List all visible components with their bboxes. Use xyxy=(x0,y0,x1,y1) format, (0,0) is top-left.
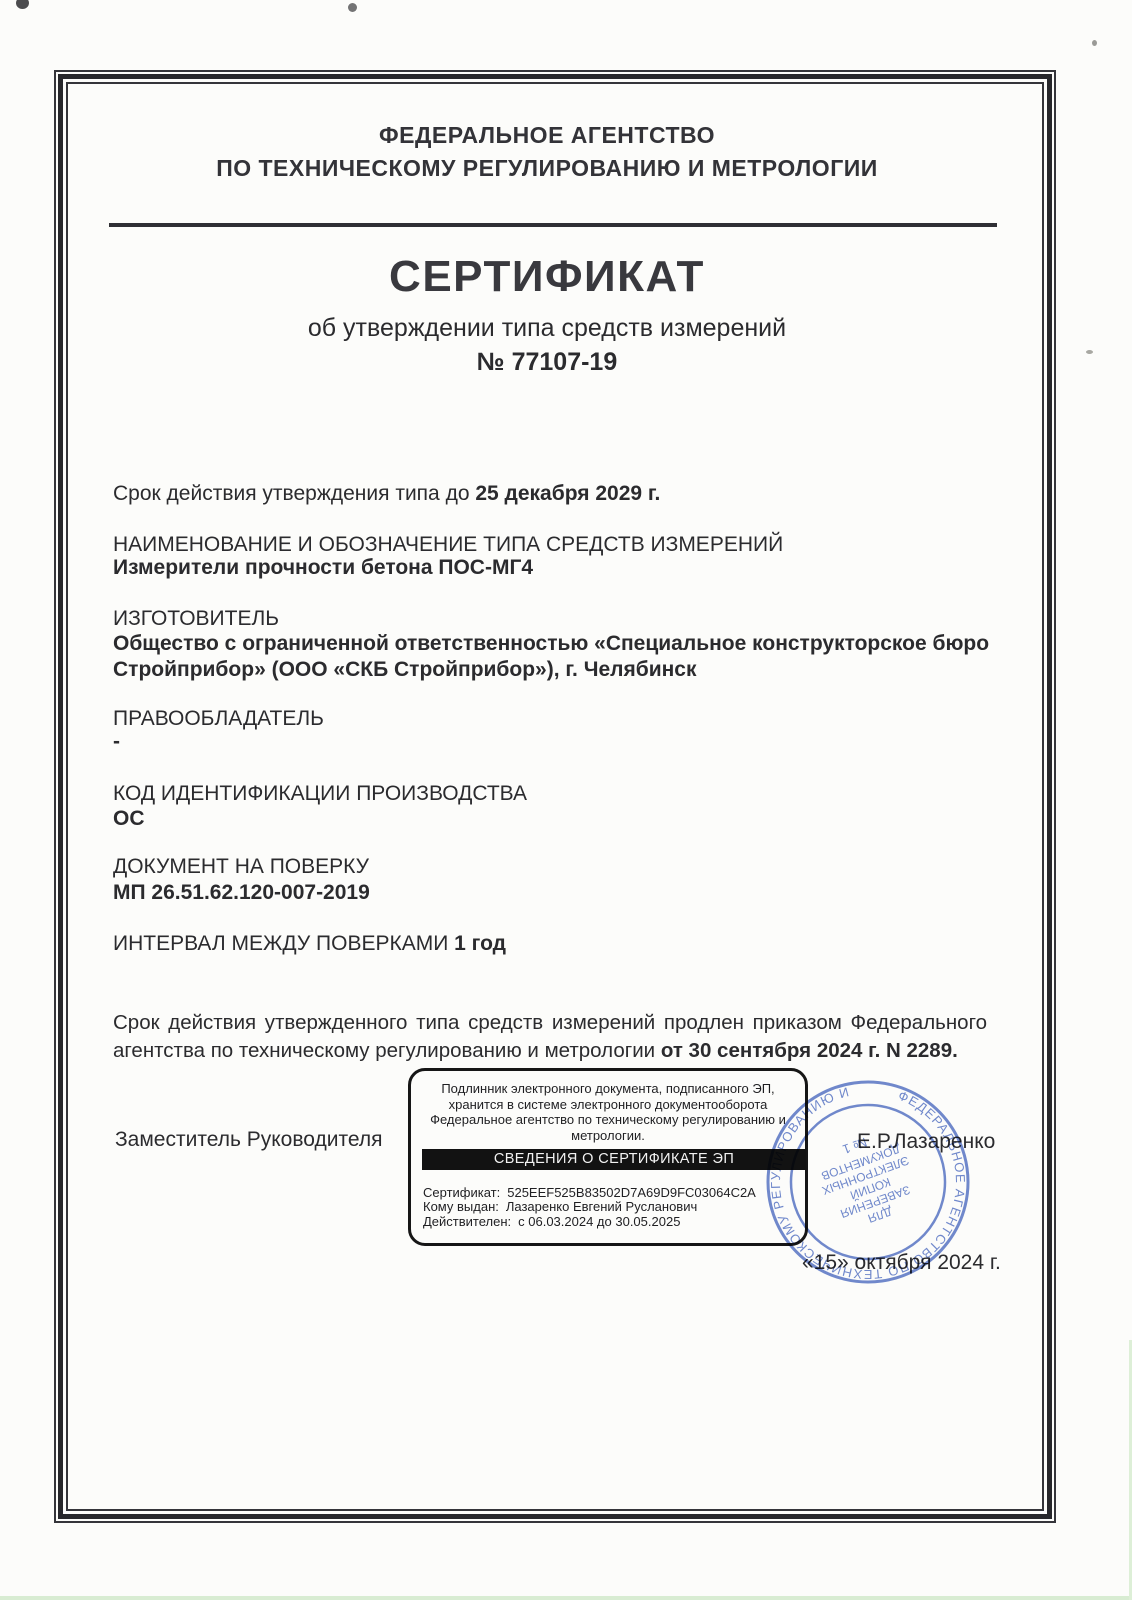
esign-desc-line1: Подлинник электронного документа, подпис… xyxy=(420,1081,796,1097)
scan-speck xyxy=(348,3,357,12)
scan-speck xyxy=(1092,40,1097,46)
validity-line: Срок действия утверждения типа до 25 дек… xyxy=(113,482,660,506)
signer-title: Заместитель Руководителя xyxy=(115,1128,382,1152)
esign-desc-line2: хранится в системе электронного документ… xyxy=(420,1097,796,1113)
valid-label: Действителен: xyxy=(423,1214,511,1229)
document-subtitle: об утверждении типа средств измерений xyxy=(113,314,981,343)
header-divider xyxy=(109,223,997,227)
verification-doc-label: ДОКУМЕНТ НА ПОВЕРКУ xyxy=(113,855,369,879)
cert-line: Сертификат:525EEF525B83502D7A69D9FC03064… xyxy=(423,1186,756,1200)
manufacturer-value-line2: Стройприбор» (ООО «СКБ Стройприбор»), г.… xyxy=(113,658,697,682)
cert-value: 525EEF525B83502D7A69D9FC03064C2A xyxy=(507,1185,756,1200)
rights-holder-value: - xyxy=(113,730,120,754)
esign-desc-line4: метрологии. xyxy=(420,1128,796,1144)
valid-line: Действителен:с 06.03.2024 до 30.05.2025 xyxy=(423,1215,756,1229)
extension-paragraph: Срок действия утвержденного типа средств… xyxy=(113,1009,987,1065)
extension-order: от 30 сентября 2024 г. N 2289. xyxy=(661,1039,958,1062)
valid-value: с 06.03.2024 до 30.05.2025 xyxy=(518,1214,680,1229)
agency-name-line2: ПО ТЕХНИЧЕСКОМУ РЕГУЛИРОВАНИЮ И МЕТРОЛОГ… xyxy=(113,155,981,182)
scan-speck xyxy=(16,0,29,9)
validity-prefix: Срок действия утверждения типа до xyxy=(113,482,475,505)
rights-holder-label: ПРАВООБЛАДАТЕЛЬ xyxy=(113,707,324,731)
production-code-value: ОС xyxy=(113,807,145,831)
interval-prefix: ИНТЕРВАЛ МЕЖДУ ПОВЕРКАМИ xyxy=(113,932,454,955)
stamp-inner-text: ДЛЯ ЗАВЕРЕНИЯ КОПИЙ ЭЛЕКТРОННЫХ ДОКУМЕНТ… xyxy=(809,1123,925,1237)
esign-box-description: Подлинник электронного документа, подпис… xyxy=(420,1081,796,1143)
interval-value: 1 год xyxy=(454,932,506,955)
agency-name-line1: ФЕДЕРАЛЬНОЕ АГЕНТСТВО xyxy=(113,122,981,149)
esign-desc-line3: Федеральное агентство по техническому ре… xyxy=(420,1112,796,1128)
scan-edge-bottom xyxy=(0,1596,1132,1600)
round-stamp: ФЕДЕРАЛЬНОЕ АГЕНТСТВО ПО ТЕХНИЧЕСКОМУ РЕ… xyxy=(747,1061,989,1303)
scan-speck xyxy=(1086,350,1093,354)
certificate-page: ФЕДЕРАЛЬНОЕ АГЕНТСТВО ПО ТЕХНИЧЕСКОМУ РЕ… xyxy=(0,0,1132,1600)
manufacturer-value-line1: Общество с ограниченной ответственностью… xyxy=(113,632,989,656)
production-code-label: КОД ИДЕНТИФИКАЦИИ ПРОИЗВОДСТВА xyxy=(113,782,527,806)
name-value: Измерители прочности бетона ПОС-МГ4 xyxy=(113,556,533,580)
issued-value: Лазаренко Евгений Русланович xyxy=(506,1199,697,1214)
document-number: № 77107-19 xyxy=(113,348,981,377)
issued-label: Кому выдан: xyxy=(423,1199,499,1214)
interval-line: ИНТЕРВАЛ МЕЖДУ ПОВЕРКАМИ 1 год xyxy=(113,932,506,956)
esign-cert-bar: СВЕДЕНИЯ О СЕРТИФИКАТЕ ЭП xyxy=(422,1149,806,1170)
cert-label: Сертификат: xyxy=(423,1185,500,1200)
manufacturer-label: ИЗГОТОВИТЕЛЬ xyxy=(113,607,279,631)
document-title: СЕРТИФИКАТ xyxy=(113,252,981,302)
name-label: НАИМЕНОВАНИЕ И ОБОЗНАЧЕНИЕ ТИПА СРЕДСТВ … xyxy=(113,533,783,557)
validity-date: 25 декабря 2029 г. xyxy=(475,482,660,505)
verification-doc-value: МП 26.51.62.120-007-2019 xyxy=(113,881,370,905)
issued-line: Кому выдан:Лазаренко Евгений Русланович xyxy=(423,1200,756,1214)
esign-cert-details: Сертификат:525EEF525B83502D7A69D9FC03064… xyxy=(423,1186,756,1229)
